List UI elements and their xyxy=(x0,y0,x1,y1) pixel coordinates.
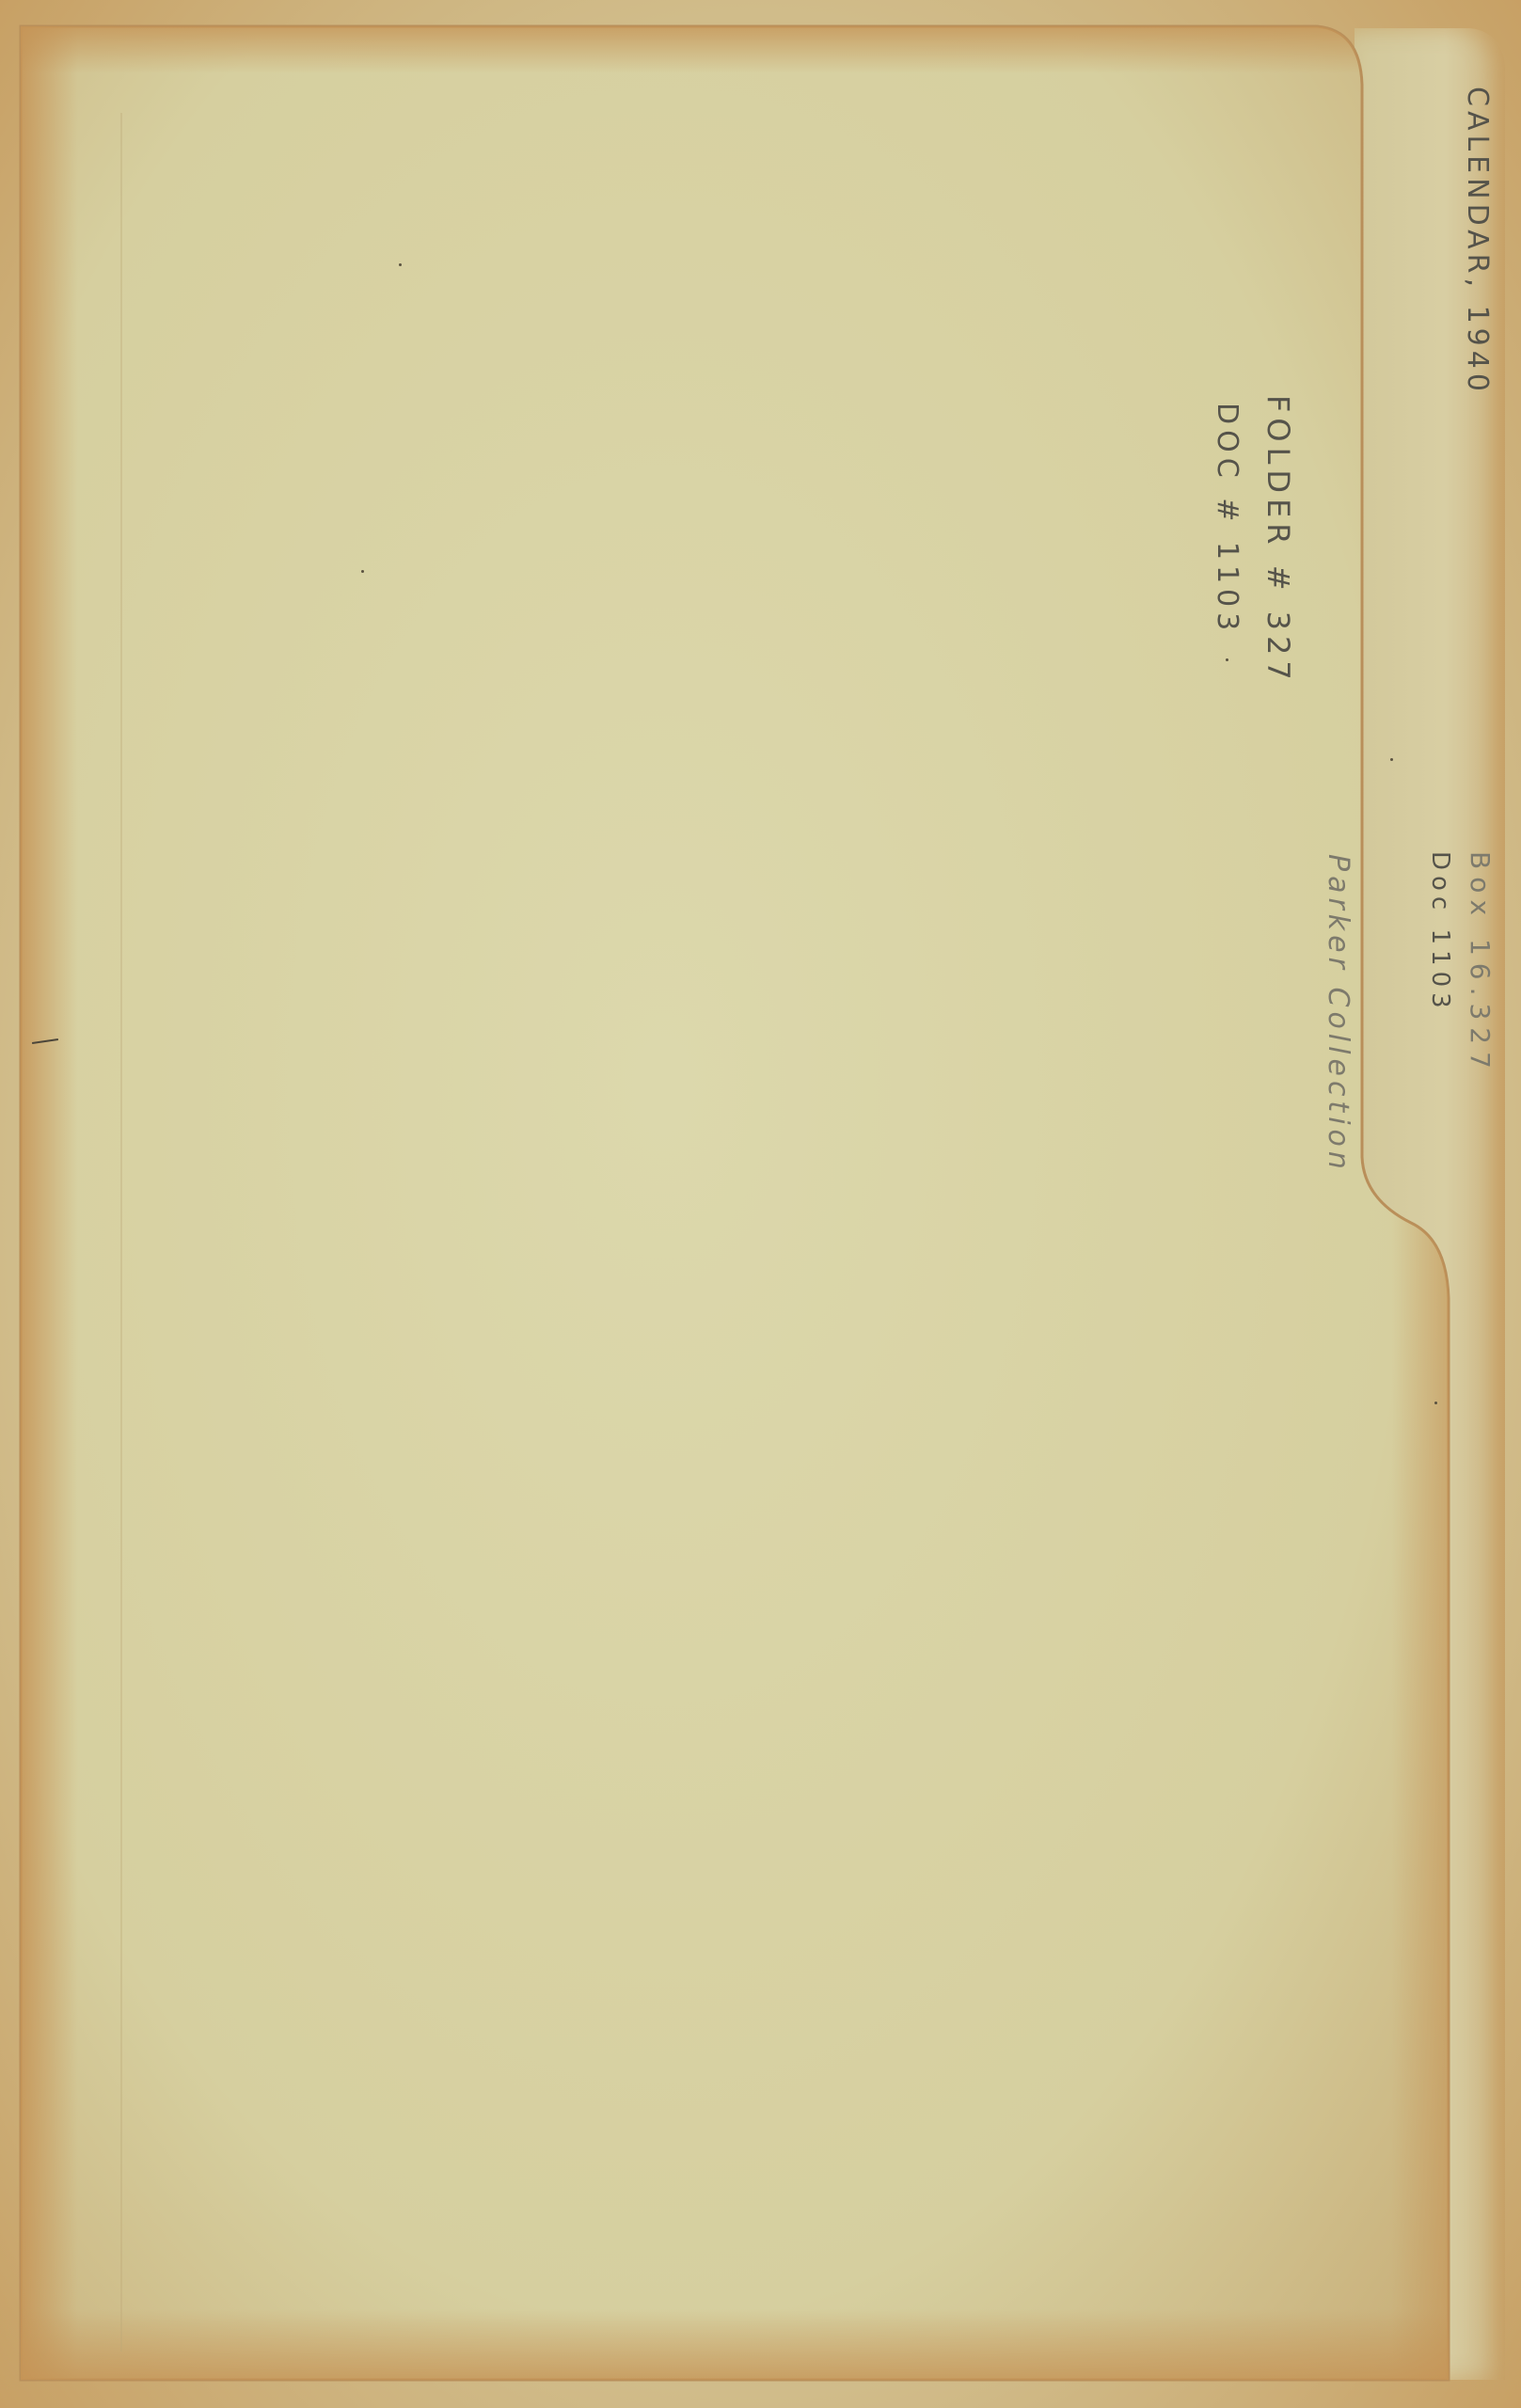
paper-speck xyxy=(1390,758,1393,761)
folder-front-leaf xyxy=(0,0,1521,2408)
fold-crease xyxy=(120,113,122,2352)
collection-label: Parker Collection xyxy=(1322,854,1355,1174)
tab-box-label: Box 16.327 xyxy=(1465,851,1496,1076)
paper-speck xyxy=(1434,1402,1437,1404)
tab-doc-label: Doc 1103 xyxy=(1426,851,1454,1014)
paper-speck xyxy=(1226,658,1228,661)
paper-speck xyxy=(399,263,402,266)
folder-number-label: FOLDER # 327 xyxy=(1260,395,1296,686)
tab-title-calendar: CALENDAR, 1940 xyxy=(1461,87,1494,396)
paper-speck xyxy=(361,570,364,573)
doc-number-label: DOC # 1103 xyxy=(1211,403,1244,636)
